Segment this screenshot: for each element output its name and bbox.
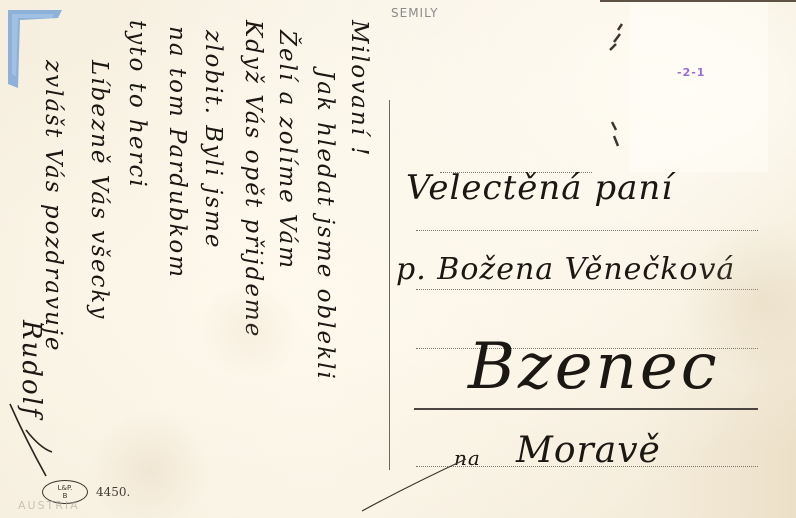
address-line-2 <box>416 230 758 231</box>
ink-marks <box>600 20 630 150</box>
signature-flourish <box>6 400 56 480</box>
address-city: Bzenec <box>468 330 720 404</box>
message-line-7: tyto to herci <box>124 20 150 189</box>
message-line-2: Jak hledat jsme oblekli <box>312 70 338 381</box>
message-line-1: Milovaní ! <box>346 20 372 158</box>
address-salutation: Velectěná paní <box>406 168 673 208</box>
archive-pencil-note: SEMILY <box>391 6 439 20</box>
publisher-number: 4450. <box>96 485 130 499</box>
message-line-9: zvlášt Vás pozdravuje <box>40 60 66 353</box>
message-line-6: na tom Pardubkom <box>164 26 190 279</box>
stamp-area <box>630 2 768 172</box>
country-print: AUSTRIA <box>18 499 80 512</box>
message-line-4: Když Vás opět přijdeme <box>240 20 266 338</box>
address-line-5 <box>414 408 758 410</box>
pen-stroke <box>360 455 470 515</box>
message-line-8: Líbezně Vás všecky <box>86 60 112 320</box>
message-line-3: Želí a zolíme Vám <box>274 30 300 270</box>
postcard-back: SEMILY -2-1 Velectěná paní p. Božena Věn… <box>0 0 796 518</box>
message-line-5: zlobit. Byli jsme <box>200 30 226 250</box>
address-line-3 <box>416 289 758 290</box>
address-region: Moravě <box>516 430 661 471</box>
purple-stamp-mark: -2-1 <box>677 66 705 79</box>
center-divider <box>389 100 390 470</box>
address-recipient: p. Božena Věnečková <box>396 252 735 287</box>
